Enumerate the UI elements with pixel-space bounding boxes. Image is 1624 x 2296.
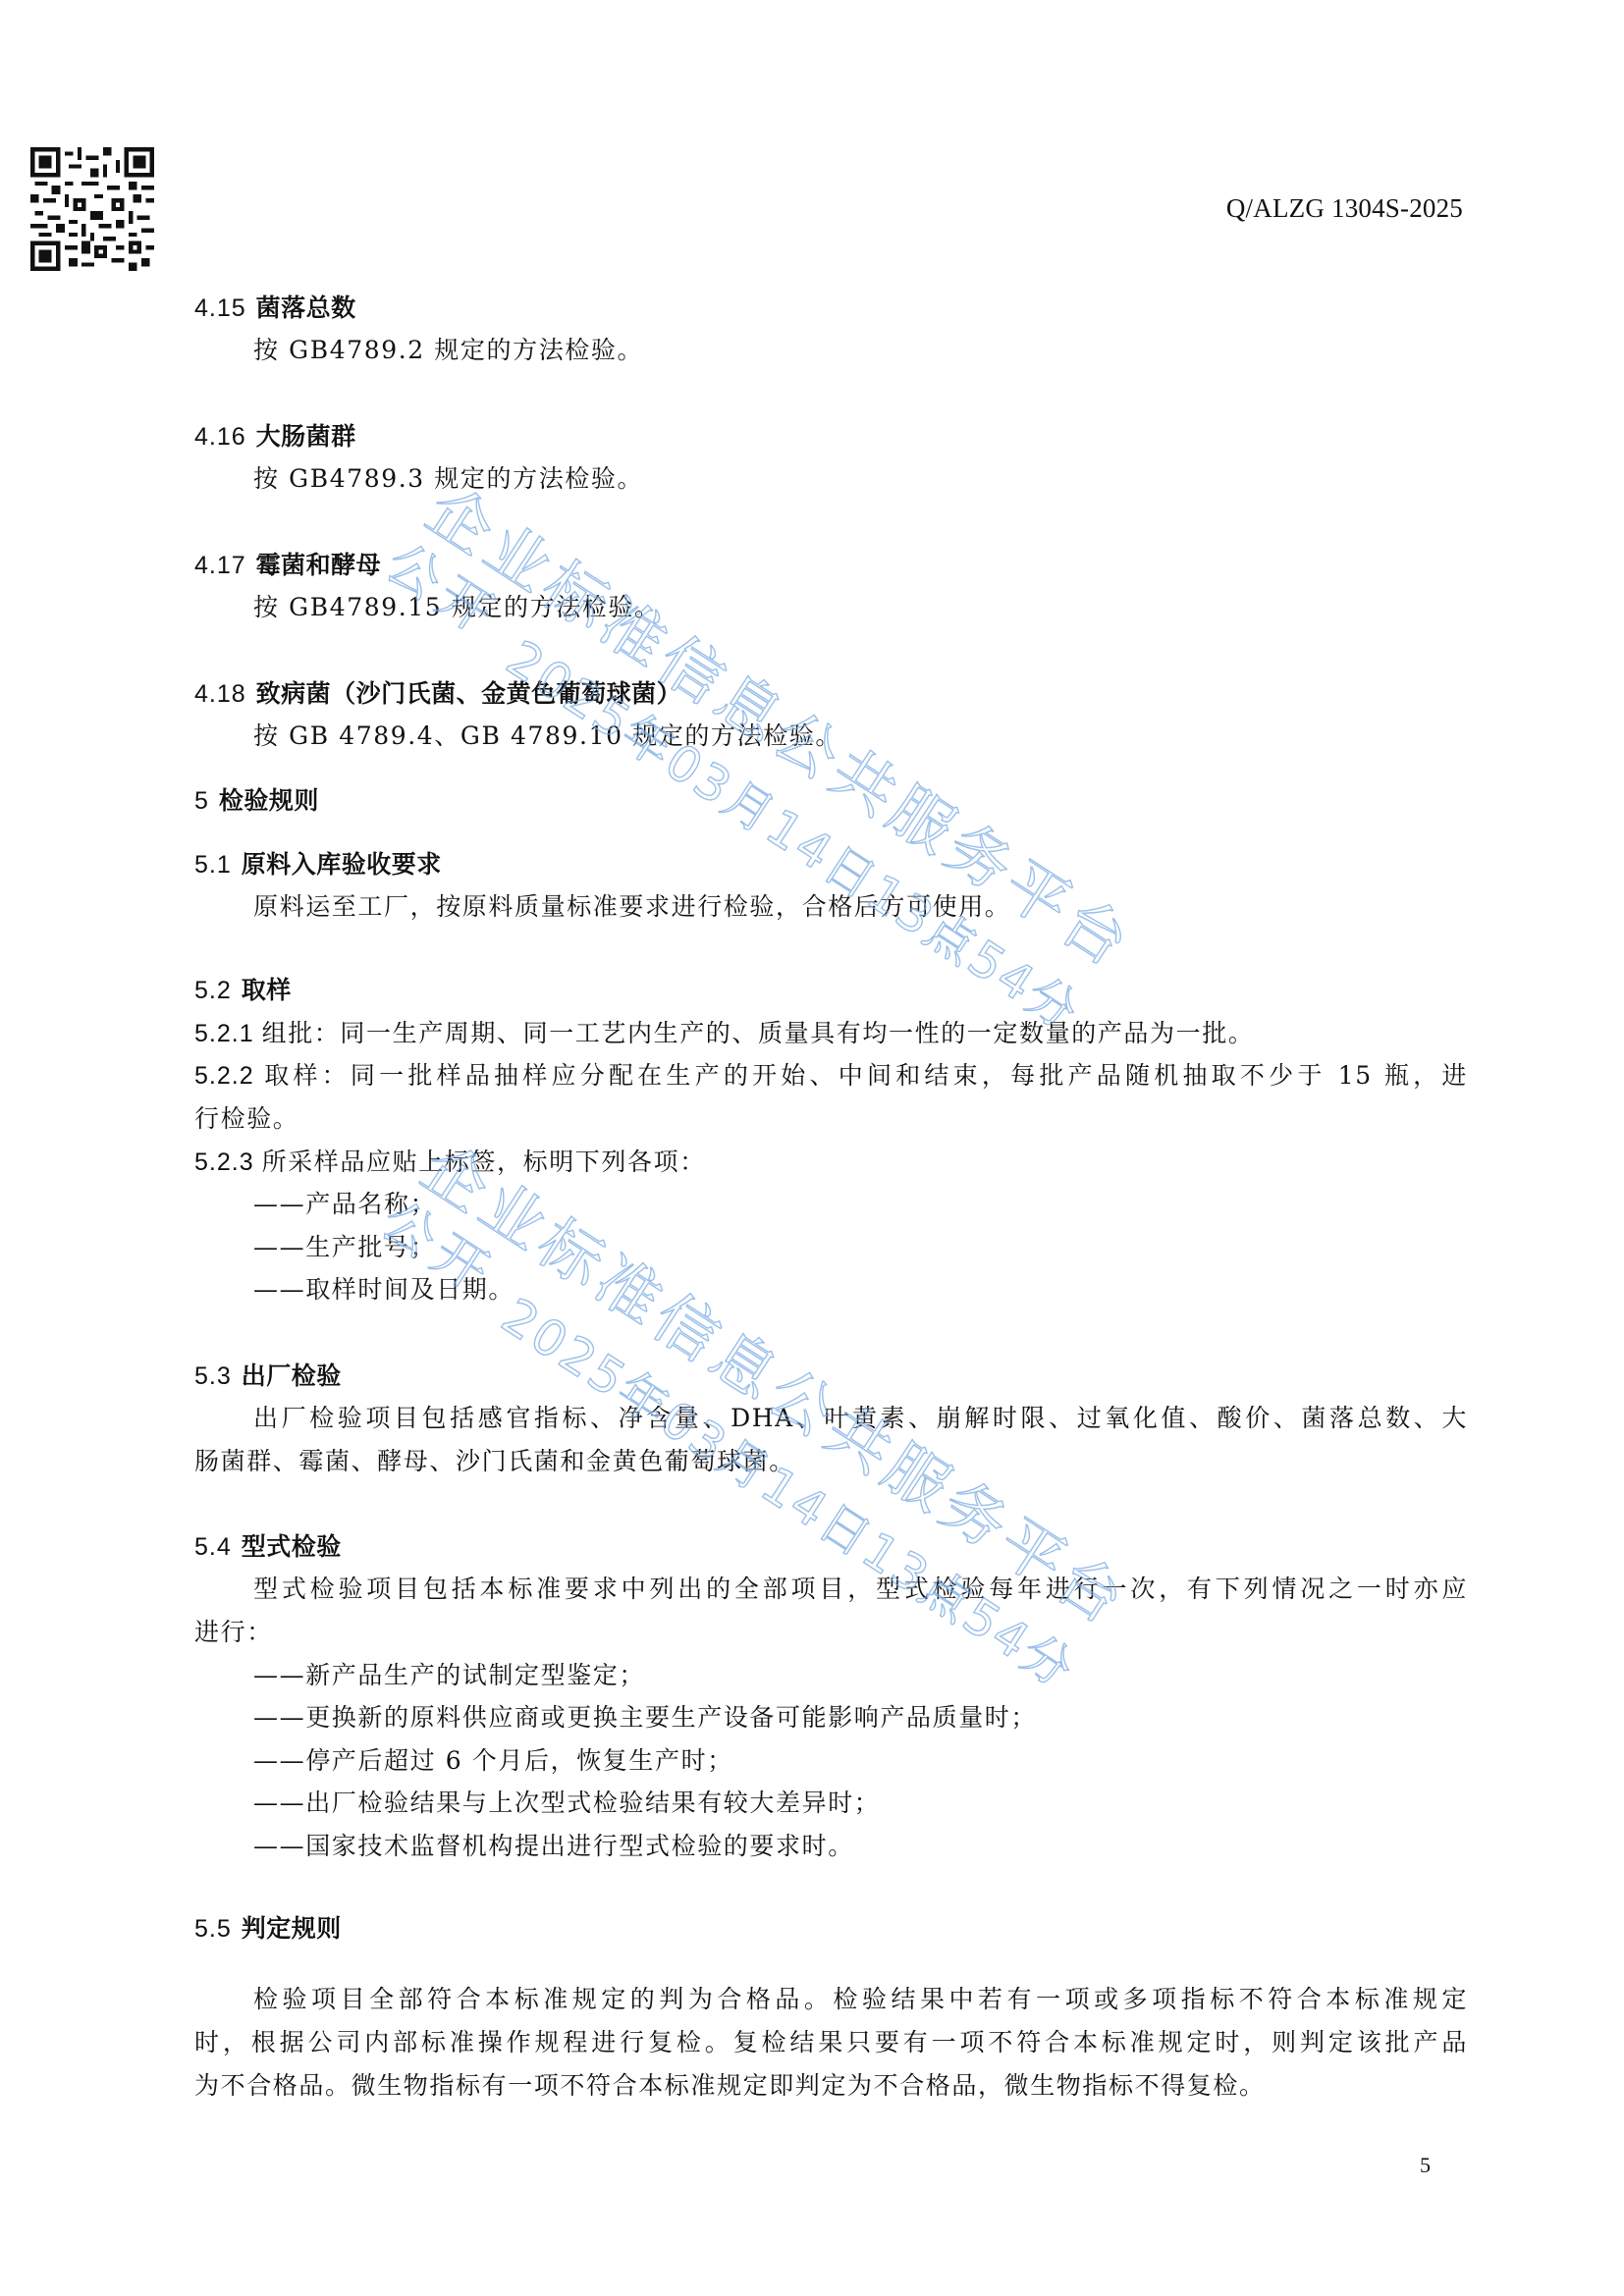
list-item: ——出厂检验结果与上次型式检验结果有较大差异时； [253,1789,880,1818]
list-item: ——停产后超过 6 个月后，恢复生产时； [253,1746,733,1776]
section-body-5-5-line2: 时，根据公司内部标准操作规程进行复检。复检结果只要有一项不符合本标准规定时，则判… [194,2028,1468,2057]
section-body-5-3-line2: 肠菌群、霉菌、酵母、沙门氏菌和金黄色葡萄球菌。 [194,1447,795,1476]
section-heading-4-18: 4.18致病菌（沙门氏菌、金黄色葡萄球菌） [194,679,681,709]
section-body-4-16: 按 GB4789.3 规定的方法检验。 [253,464,643,494]
section-body-4-15: 按 GB4789.2 规定的方法检验。 [253,336,643,365]
chapter-heading-5: 5检验规则 [194,786,319,816]
standard-code: Q/ALZG 1304S-2025 [1226,193,1463,224]
section-body-5-5-line3: 为不合格品。微生物指标有一项不符合本标准规定即判定为不合格品，微生物指标不得复检… [194,2071,1266,2101]
section-heading-4-16: 4.16大肠菌群 [194,422,356,452]
list-item: ——国家技术监督机构提出进行型式检验的要求时。 [253,1832,854,1861]
clause-5-2-2-line2: 行检验。 [194,1104,298,1134]
section-body-5-4-line1: 型式检验项目包括本标准要求中列出的全部项目，型式检验每年进行一次，有下列情况之一… [194,1575,1468,1604]
clause-5-2-3: 5.2.3所采样品应贴上标签，标明下列各项： [194,1148,706,1177]
section-body-4-17: 按 GB4789.15 规定的方法检验。 [253,593,661,622]
section-heading-4-15: 4.15菌落总数 [194,294,356,323]
section-body-5-4-line2: 进行： [194,1618,273,1647]
section-heading-5-2: 5.2取样 [194,976,292,1005]
section-heading-5-3: 5.3出厂检验 [194,1362,342,1391]
page-number: 5 [1420,2153,1431,2178]
section-body-5-5-line1: 检验项目全部符合本标准规定的判为合格品。检验结果中若有一项或多项指标不符合本标准… [194,1985,1468,2014]
section-heading-5-4: 5.4型式检验 [194,1532,342,1562]
list-item: ——取样时间及日期。 [253,1275,514,1305]
section-heading-5-1: 5.1原料入库验收要求 [194,850,442,880]
list-item: ——新产品生产的试制定型鉴定； [253,1661,645,1690]
section-heading-4-17: 4.17霉菌和酵母 [194,551,381,580]
section-body-5-3-line1: 出厂检验项目包括感官指标、净含量、DHA、叶黄素、崩解时限、过氧化值、酸价、菌落… [194,1404,1468,1433]
clause-5-2-1: 5.2.1组批：同一生产周期、同一工艺内生产的、质量具有均一性的一定数量的产品为… [194,1019,1254,1048]
section-body-5-1: 原料运至工厂，按原料质量标准要求进行检验，合格后方可使用。 [253,892,1010,922]
qr-code-icon [29,147,155,271]
list-item: ——产品名称； [253,1190,436,1219]
list-item: ——更换新的原料供应商或更换主要生产设备可能影响产品质量时； [253,1703,1037,1733]
clause-5-2-2-line1: 5.2.2取样：同一批样品抽样应分配在生产的开始、中间和结束，每批产品随机抽取不… [194,1061,1468,1091]
section-body-4-18: 按 GB 4789.4、GB 4789.10 规定的方法检验。 [253,721,841,751]
document-page: Q/ALZG 1304S-2025 4.15菌落总数 按 GB4789.2 规定… [0,0,1624,2296]
list-item: ——生产批号； [253,1233,436,1262]
section-heading-5-5: 5.5判定规则 [194,1914,342,1944]
